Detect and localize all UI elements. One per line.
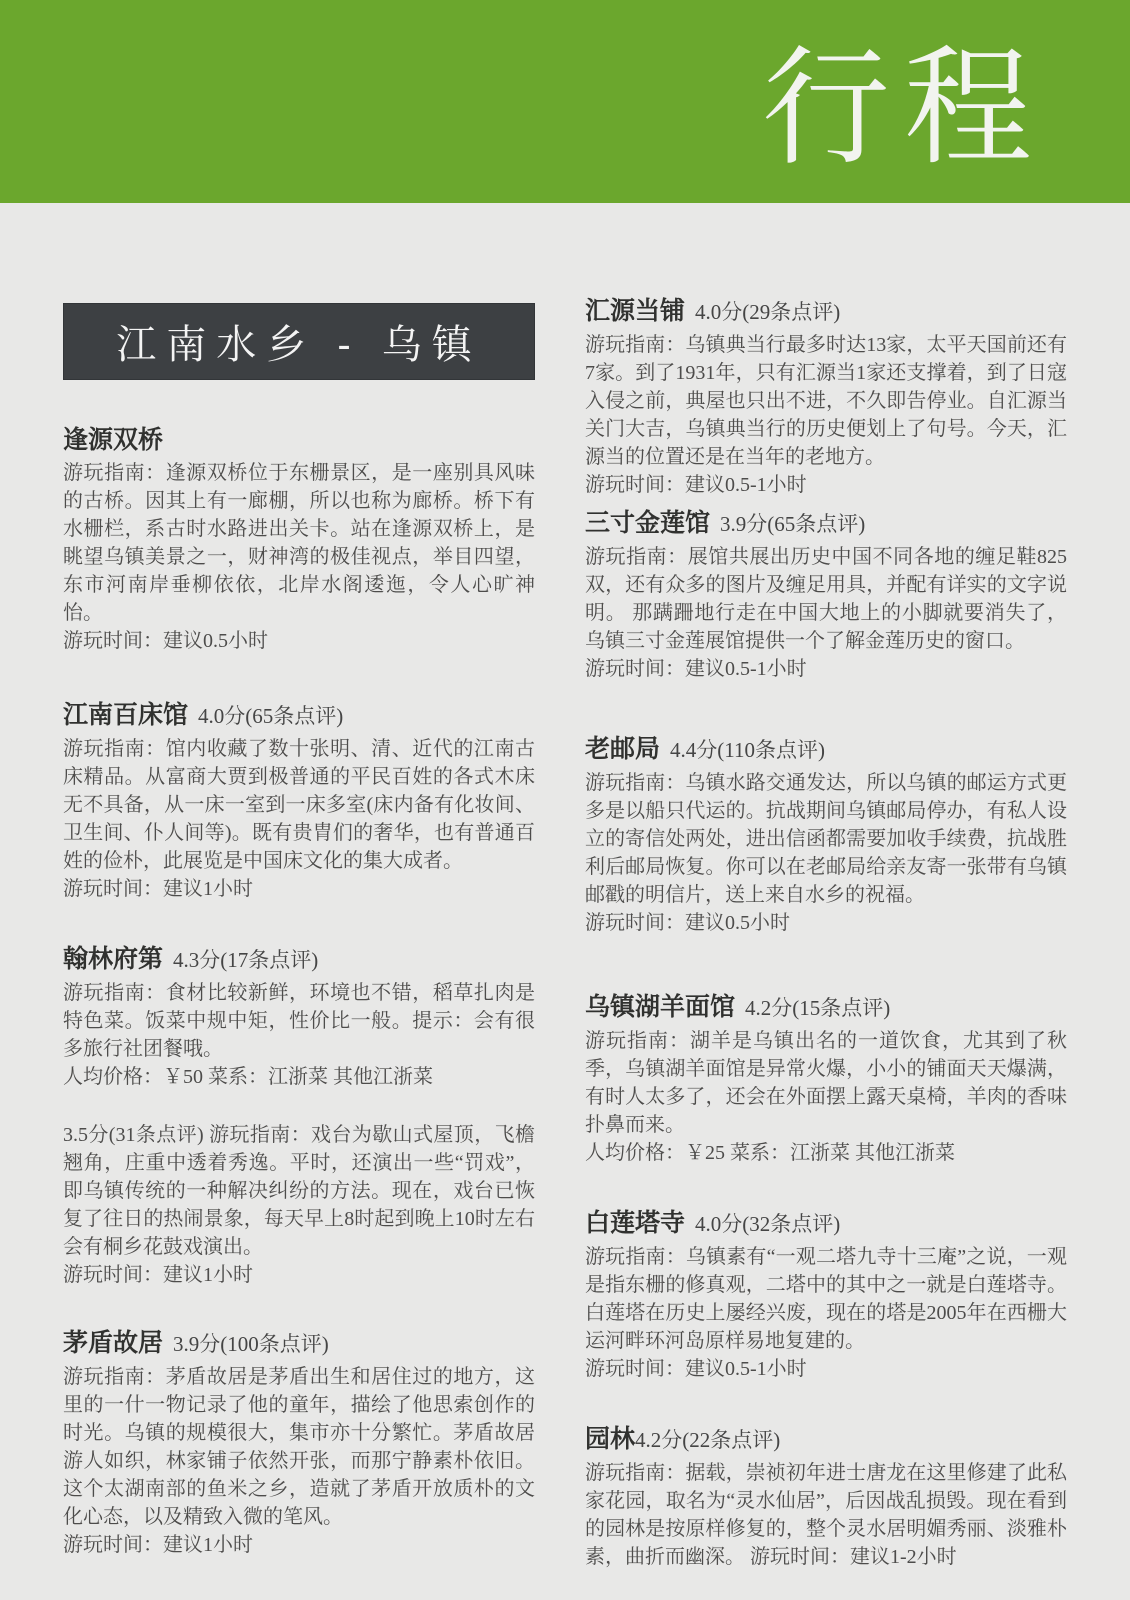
poi-rating: 4.2分(22条点评)	[635, 1428, 780, 1452]
poi-name: 茅盾故居	[63, 1329, 163, 1357]
poi-price: 人均价格：￥25 菜系：江浙菜 其他江浙菜	[585, 1139, 1067, 1167]
content: 江南水乡 - 乌镇 逢源双桥 游玩指南：逢源双桥位于东栅景区，是一座别具风味的古…	[0, 203, 1130, 1571]
poi-guide: 游玩指南：乌镇水路交通发达，所以乌镇的邮运方式更多是以船只代运的。抗战期间乌镇邮…	[585, 769, 1067, 909]
poi-section-garden: 园林4.2分(22条点评) 游玩指南：据载，崇祯初年进士唐龙在这里修建了此私家花…	[585, 1423, 1067, 1571]
poi-section-huiyuan-pawnshop: 汇源当铺4.0分(29条点评) 游玩指南：乌镇典当行最多时达13家，太平天国前还…	[585, 295, 1067, 499]
poi-rating: 4.0分(65条点评)	[198, 704, 343, 728]
poi-rating: 4.2分(15条点评)	[745, 996, 890, 1020]
poi-guide: 游玩指南：展馆共展出历史中国不同各地的缠足鞋825双，还有众多的图片及缠足用具，…	[585, 543, 1067, 655]
poi-time: 游玩时间：建议0.5小时	[585, 909, 1067, 937]
poi-guide: 游玩指南：乌镇典当行最多时达13家，太平天国前还有7家。到了1931年，只有汇源…	[585, 331, 1067, 471]
poi-section-old-post-office: 老邮局4.4分(110条点评) 游玩指南：乌镇水路交通发达，所以乌镇的邮运方式更…	[585, 733, 1067, 937]
poi-name: 翰林府第	[63, 945, 163, 973]
poi-time: 游玩时间：建议1小时	[63, 1531, 535, 1559]
poi-price: 人均价格：￥50 菜系：江浙菜 其他江浙菜	[63, 1063, 535, 1091]
section-banner: 江南水乡 - 乌镇	[63, 303, 535, 380]
poi-section-lamb-noodle-shop: 乌镇湖羊面馆4.2分(15条点评) 游玩指南：湖羊是乌镇出名的一道饮食，尤其到了…	[585, 991, 1067, 1167]
poi-name: 汇源当铺	[585, 297, 685, 325]
poi-section-bed-museum: 江南百床馆4.0分(65条点评) 游玩指南：馆内收藏了数十张明、清、近代的江南古…	[63, 699, 535, 903]
poi-guide: 游玩指南：湖羊是乌镇出名的一道饮食，尤其到了秋季，乌镇湖羊面馆是异常火爆，小小的…	[585, 1027, 1067, 1139]
poi-rating: 3.9分(100条点评)	[173, 1332, 329, 1356]
poi-guide: 游玩指南：食材比较新鲜，环境也不错，稻草扎肉是特色菜。饭菜中规中矩，性价比一般。…	[63, 979, 535, 1063]
poi-guide: 游玩指南：茅盾故居是茅盾出生和居住过的地方，这里的一什一物记录了他的童年，描绘了…	[63, 1363, 535, 1531]
poi-guide: 游玩指南：馆内收藏了数十张明、清、近代的江南古床精品。从富商大贾到极普通的平民百…	[63, 735, 535, 875]
poi-section-fengyuan-bridge: 逢源双桥 游玩指南：逢源双桥位于东栅景区，是一座别具风味的古桥。因其上有一廊棚，…	[63, 424, 535, 655]
poi-name: 三寸金莲馆	[585, 509, 710, 537]
poi-section-golden-lotus-hall: 三寸金莲馆3.9分(65条点评) 游玩指南：展馆共展出历史中国不同各地的缠足鞋8…	[585, 507, 1067, 683]
poi-rating: 4.0分(32条点评)	[695, 1212, 840, 1236]
poi-section-white-lotus-pagoda: 白莲塔寺4.0分(32条点评) 游玩指南：乌镇素有“一观二塔九寺十三庵”之说，一…	[585, 1207, 1067, 1383]
poi-time: 游玩时间：建议1小时	[63, 875, 535, 903]
poi-rating: 3.9分(65条点评)	[720, 512, 865, 536]
poi-guide: 游玩指南：乌镇素有“一观二塔九寺十三庵”之说，一观是指东栅的修真观，二塔中的其中…	[585, 1243, 1067, 1355]
poi-section-maodun-residence: 茅盾故居3.9分(100条点评) 游玩指南：茅盾故居是茅盾出生和居住过的地方，这…	[63, 1327, 535, 1559]
page-title: 行程	[762, 31, 1046, 173]
poi-time: 游玩时间：建议0.5小时	[63, 627, 535, 655]
itinerary-page: 行程 江南水乡 - 乌镇 逢源双桥 游玩指南：逢源双桥位于东栅景区，是一座别具风…	[0, 0, 1130, 1600]
poi-name: 江南百床馆	[63, 701, 188, 729]
poi-section-stage: 3.5分(31条点评) 游玩指南：戏台为歇山式屋顶，飞檐翘角，庄重中透着秀逸。平…	[63, 1121, 535, 1289]
poi-name: 园林	[585, 1425, 635, 1453]
poi-time: 游玩时间：建议0.5-1小时	[585, 655, 1067, 683]
poi-rating: 4.0分(29条点评)	[695, 300, 840, 324]
poi-guide: 3.5分(31条点评) 游玩指南：戏台为歇山式屋顶，飞檐翘角，庄重中透着秀逸。平…	[63, 1121, 535, 1261]
poi-guide: 游玩指南：据载，崇祯初年进士唐龙在这里修建了此私家花园，取名为“灵水仙居”，后因…	[585, 1459, 1067, 1571]
banner-title: 江南水乡 - 乌镇	[116, 313, 482, 370]
poi-guide: 游玩指南：逢源双桥位于东栅景区，是一座别具风味的古桥。因其上有一廊棚，所以也称为…	[63, 459, 535, 627]
poi-time: 游玩时间：建议1小时	[63, 1261, 535, 1289]
poi-name: 乌镇湖羊面馆	[585, 993, 735, 1021]
left-column: 江南水乡 - 乌镇 逢源双桥 游玩指南：逢源双桥位于东栅景区，是一座别具风味的古…	[63, 203, 535, 1571]
page-header: 行程	[0, 0, 1130, 203]
poi-rating: 4.4分(110条点评)	[670, 738, 825, 762]
poi-rating: 4.3分(17条点评)	[173, 948, 318, 972]
poi-section-hanlin-mansion: 翰林府第4.3分(17条点评) 游玩指南：食材比较新鲜，环境也不错，稻草扎肉是特…	[63, 943, 535, 1091]
poi-name: 老邮局	[585, 735, 660, 763]
right-column: 汇源当铺4.0分(29条点评) 游玩指南：乌镇典当行最多时达13家，太平天国前还…	[585, 203, 1067, 1571]
poi-time: 游玩时间：建议0.5-1小时	[585, 471, 1067, 499]
poi-name: 逢源双桥	[63, 426, 163, 454]
poi-name: 白莲塔寺	[585, 1209, 685, 1237]
poi-time: 游玩时间：建议0.5-1小时	[585, 1355, 1067, 1383]
